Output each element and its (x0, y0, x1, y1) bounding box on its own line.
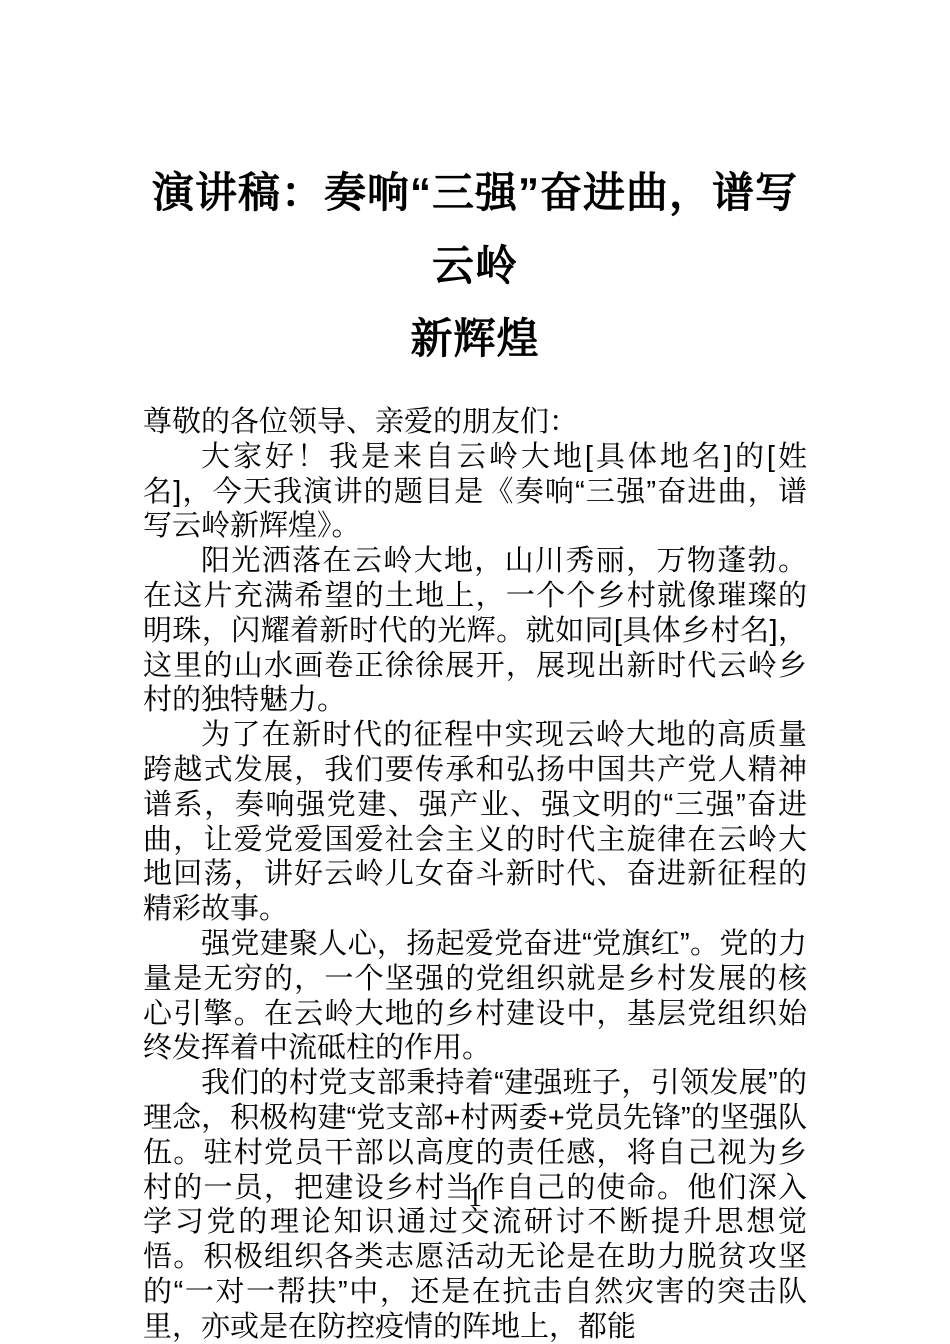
document-title: 演讲稿：奏响“三强”奋进曲，谱写云岭 新辉煌 (143, 156, 807, 375)
salutation: 尊敬的各位领导、亲爱的朋友们： (143, 405, 807, 440)
body-paragraph: 大家好！我是来自云岭大地[具体地名]的[姓名]，今天我演讲的题目是《奏响“三强”… (143, 440, 807, 544)
page-number: 1 (0, 1182, 950, 1214)
document-page: 演讲稿：奏响“三强”奋进曲，谱写云岭 新辉煌 尊敬的各位领导、亲爱的朋友们： 大… (0, 0, 950, 1344)
body-paragraph: 阳光洒落在云岭大地，山川秀丽，万物蓬勃。在这片充满希望的土地上，一个个乡村就像璀… (143, 544, 807, 718)
document-content: 演讲稿：奏响“三强”奋进曲，谱写云岭 新辉煌 尊敬的各位领导、亲爱的朋友们： 大… (143, 0, 807, 1344)
title-line-1: 演讲稿：奏响“三强”奋进曲，谱写云岭 (143, 156, 807, 302)
title-line-2: 新辉煌 (143, 302, 807, 375)
body-paragraph: 为了在新时代的征程中实现云岭大地的高质量跨越式发展，我们要传承和弘扬中国共产党人… (143, 718, 807, 927)
body-paragraph: 强党建聚人心，扬起爱党奋进“党旗红”。党的力量是无穷的，一个坚强的党组织就是乡村… (143, 927, 807, 1066)
